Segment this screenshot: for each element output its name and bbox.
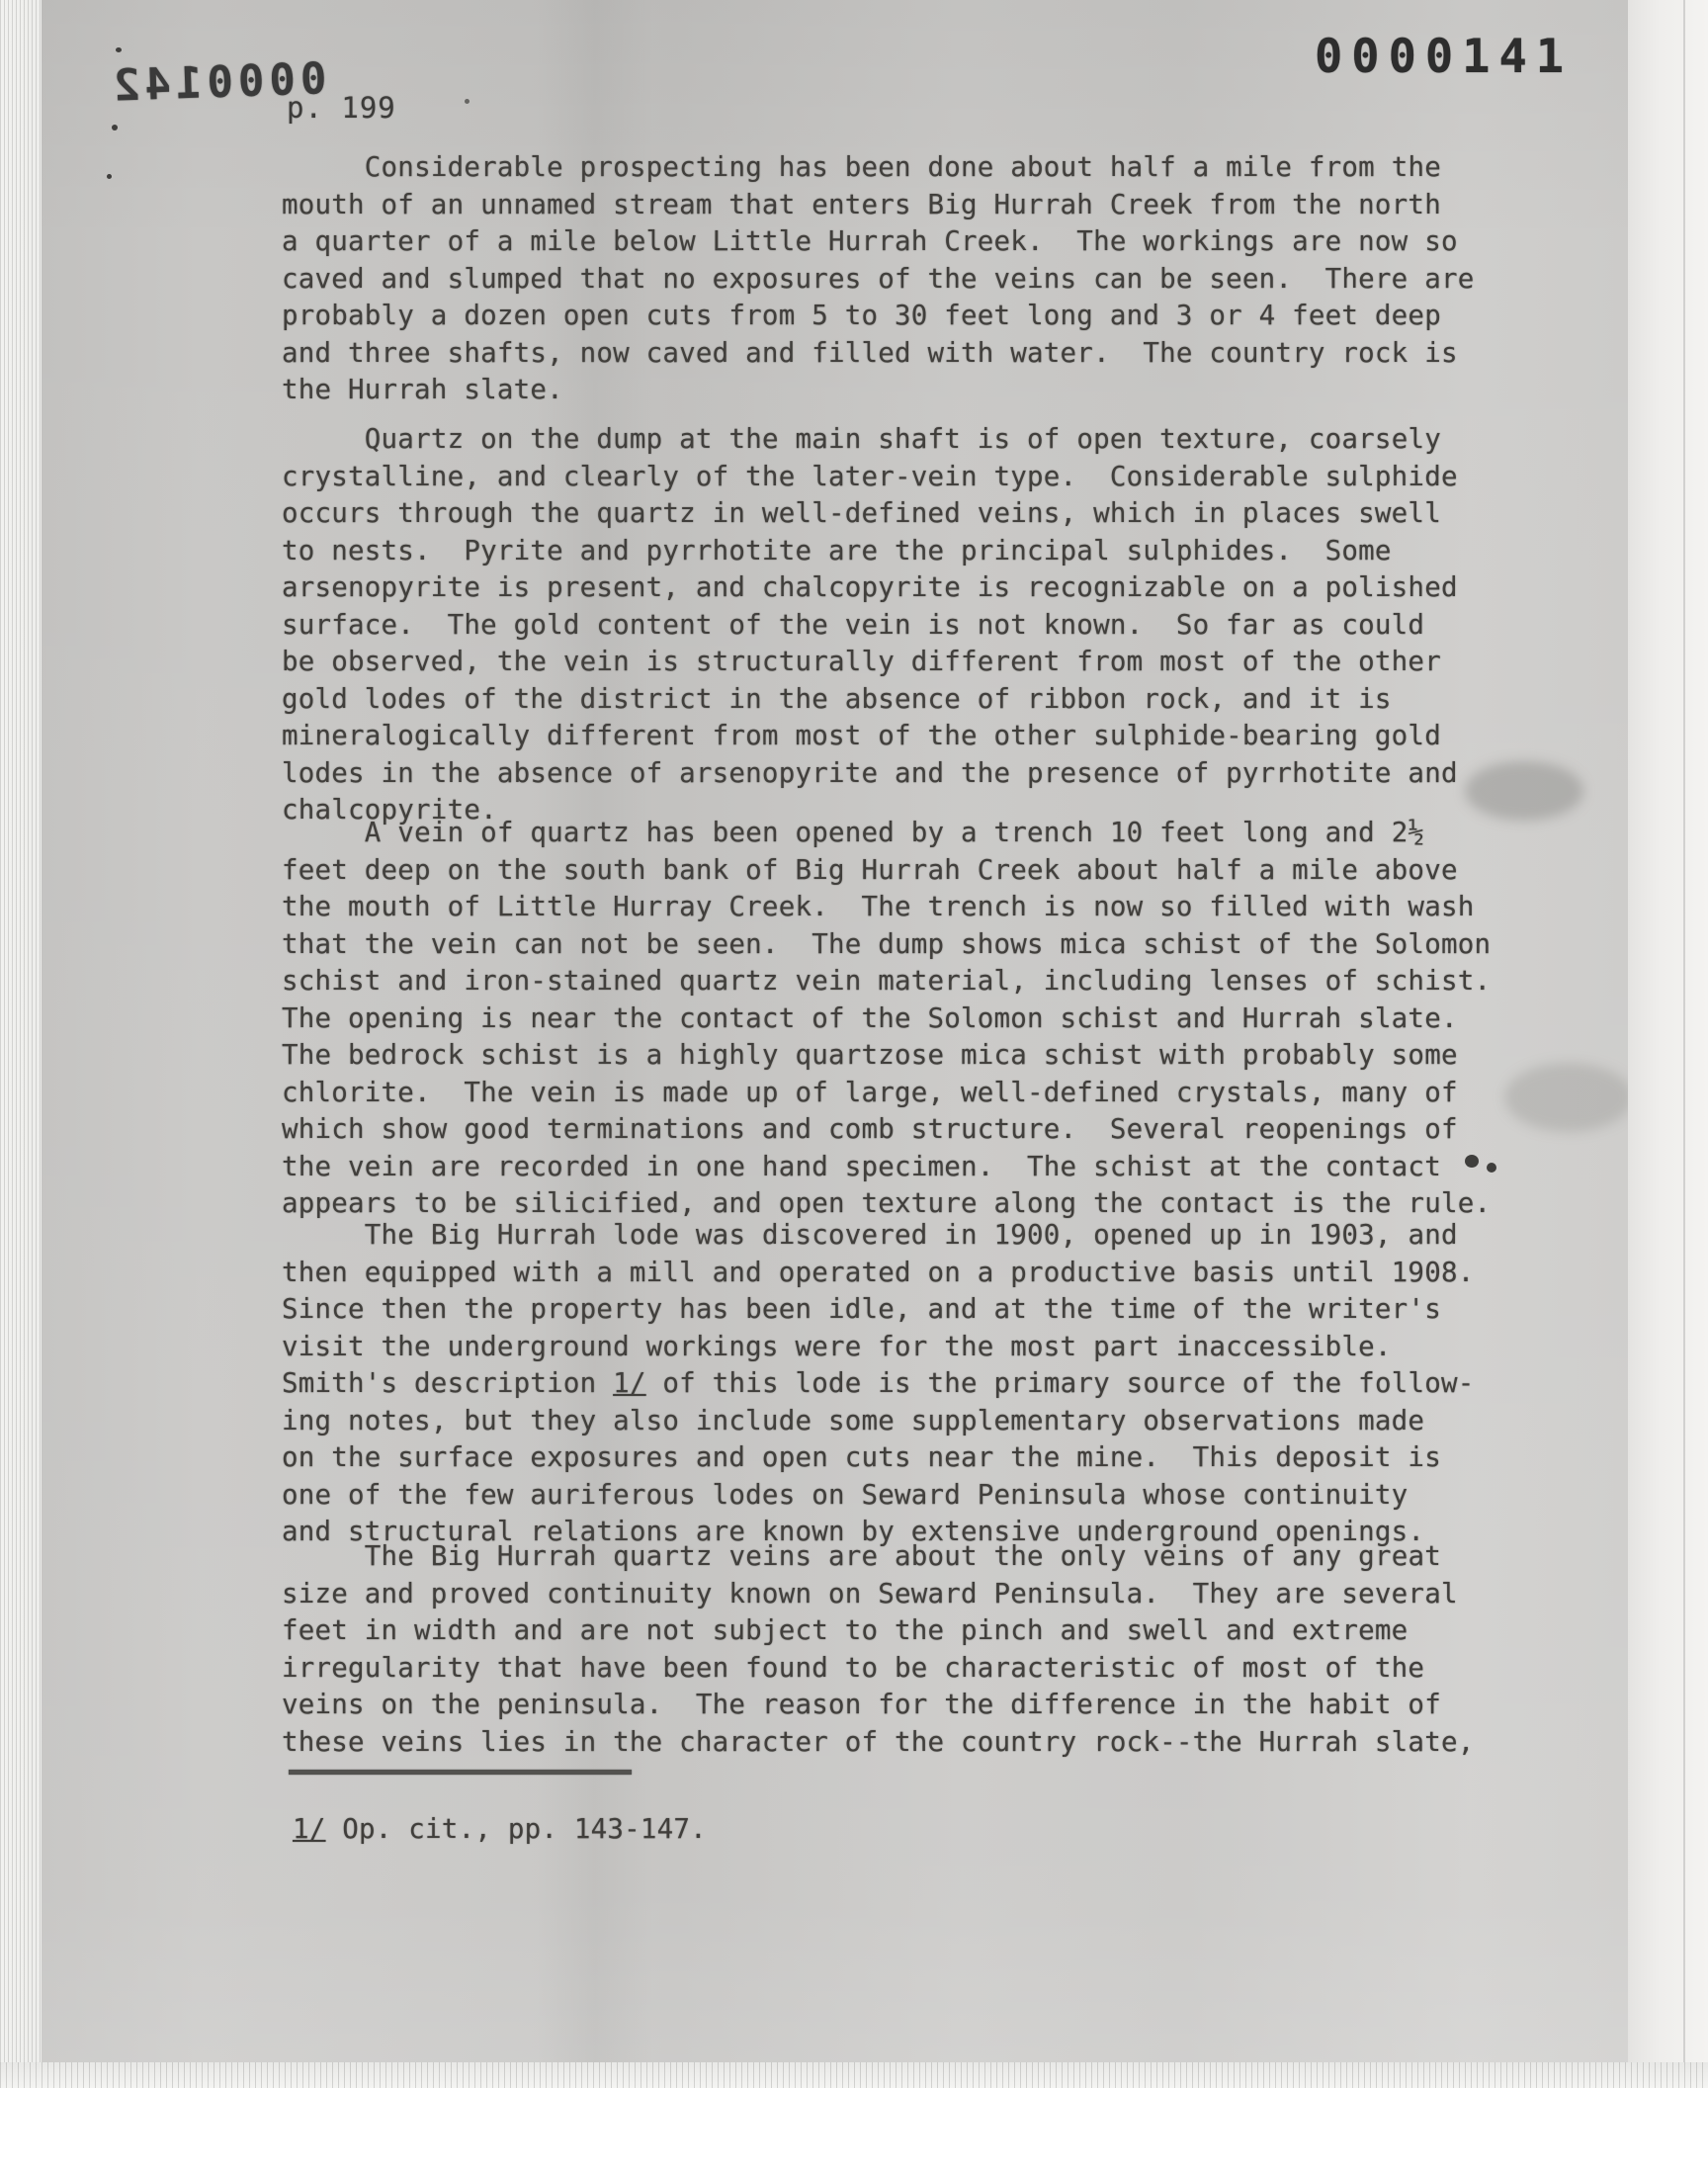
footnote-divider-line [289,1770,632,1775]
ink-speck [112,125,118,130]
ink-speck [107,174,112,179]
paragraph-5: The Big Hurrah quartz veins are about th… [282,1538,1586,1761]
footnote-reference-marker: 1/ [613,1367,646,1399]
scanner-edge-bottom [0,2062,1708,2088]
paragraph-3: A vein of quartz has been opened by a tr… [282,815,1586,1223]
footnote-text: Op. cit., pp. 143-147. [326,1813,707,1845]
paper-sheet: 0000141 0000142 p. 199 Considerable pros… [42,0,1628,2067]
smudge-artifact [1504,1063,1633,1132]
footnote-marker: 1/ [293,1813,326,1845]
scan-line-artifact [1683,0,1685,2088]
paragraph-4: The Big Hurrah lode was discovered in 19… [282,1217,1586,1551]
ink-speck [1465,1155,1479,1168]
paragraph-2: Quartz on the dump at the main shaft is … [282,421,1586,829]
smudge-artifact [1465,761,1583,821]
ink-speck [465,99,470,104]
scanned-document: 0000141 0000142 p. 199 Considerable pros… [0,0,1708,2175]
ink-speck [116,47,122,52]
scanner-edge-right [1628,0,1708,2088]
footnote: 1/ Op. cit., pp. 143-147. [293,1811,707,1849]
ink-speck [1487,1163,1496,1173]
paragraph-1: Considerable prospecting has been done a… [282,149,1586,409]
page-number-label: p. 199 [287,91,396,125]
serial-number-stamp: 0000141 [1315,30,1573,84]
scanner-edge-left [0,0,42,2088]
